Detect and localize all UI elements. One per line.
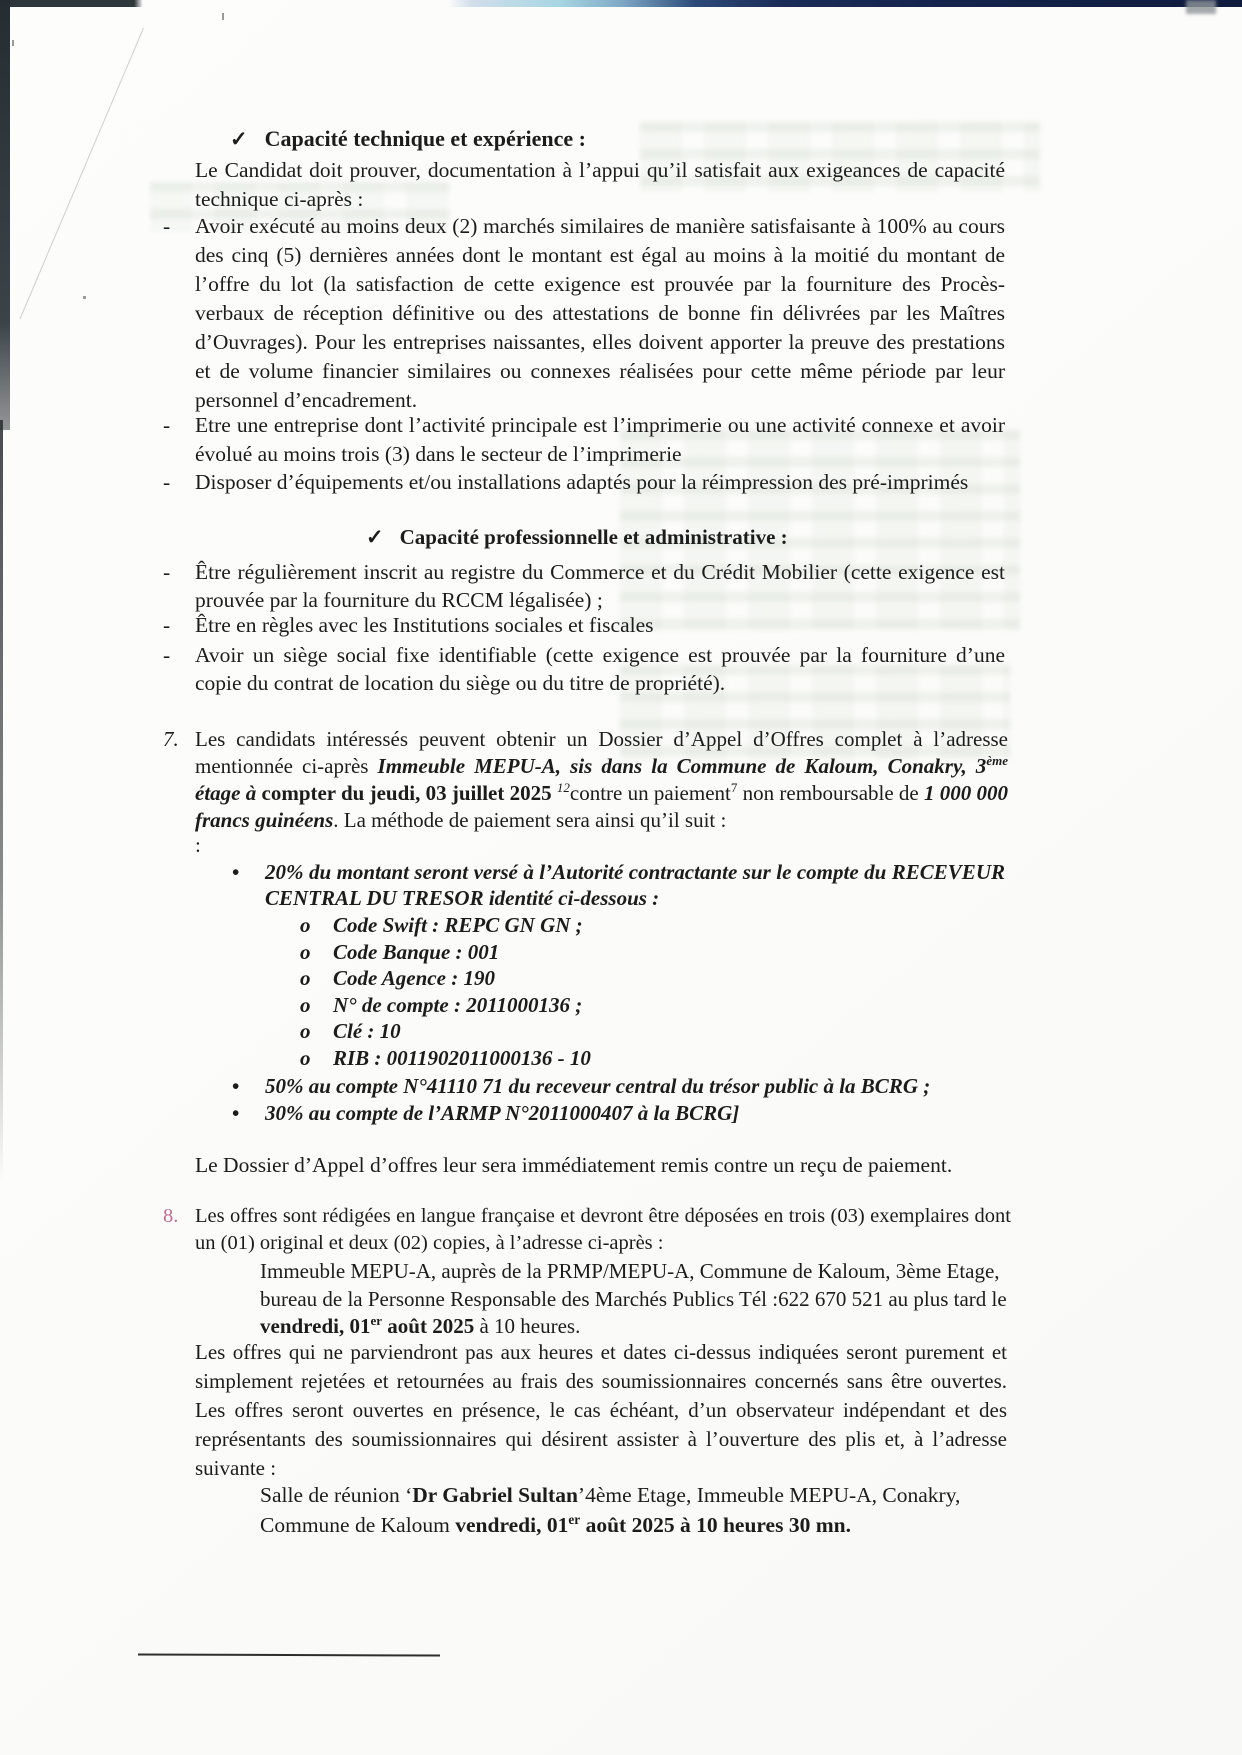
bank-detail-row: oCode Swift : REPC GN GN ; [300,912,1005,939]
stray-colon-text: : [195,833,201,857]
bank-detail-rib: RIB : 0011902011000136 - 10 [333,1045,591,1072]
admin-item-3: - Avoir un siège social fixe identifiabl… [163,641,1005,697]
payment-bullet-2-text: 50% au compte N°41110 71 du receveur cen… [265,1073,1005,1099]
circle-bullet-icon: o [300,992,333,1019]
receipt-paragraph: Le Dossier d’Appel d’offres leur sera im… [195,1151,1005,1180]
payment-bullet-3: • 30% au compte de l’ARMP N°2011000407 à… [232,1100,1005,1126]
page-fold-edge [20,28,144,319]
late-offers-paragraph: Les offres qui ne parviendront pas aux h… [195,1338,1007,1483]
checkmark-icon: ✓ [230,127,248,152]
heading-capacite-technique: ✓ Capacité technique et expérience : [230,126,586,152]
scan-speck [222,13,224,20]
admin-item-1: - Être régulièrement inscrit au registre… [163,558,1005,614]
receipt-paragraph-text: Le Dossier d’Appel d’offres leur sera im… [195,1153,952,1177]
item-7-paragraph: Les candidats intéressés peuvent obtenir… [195,726,1008,834]
venue-room-name-bold: Dr Gabriel Sultan [412,1483,578,1507]
payment-bullet-1: • 20% du montant seront versé à l’Autori… [232,859,1005,911]
tech-item-2: - Etre une entreprise dont l’activité pr… [163,411,1005,469]
admin-item-2-text: Être en règles avec les Institutions soc… [195,611,1005,639]
item-7-footnote-ref: 12 [557,780,570,795]
scan-top-right-smudge [1186,0,1216,14]
bullet-icon: • [232,859,265,885]
item-7-run-bold-italic: étage [195,781,246,805]
tech-item-2-text: Etre une entreprise dont l’activité prin… [195,411,1005,469]
deadline-date-bold: août 2025 [382,1314,474,1338]
admin-item-1-text: Être régulièrement inscrit au registre d… [195,558,1005,614]
dash-bullet: - [163,212,195,241]
item-8-number: 8. [163,1203,195,1230]
scan-speck [12,40,14,46]
payment-bullet-3-text: 30% au compte de l’ARMP N°2011000407 à l… [265,1100,1005,1126]
opening-date-bold: août 2025 à 10 heures 30 mn. [580,1513,851,1537]
dash-bullet: - [163,641,195,669]
dash-bullet: - [163,611,195,639]
circle-bullet-icon: o [300,912,333,939]
venue-run: Salle de réunion ‘ [260,1483,412,1507]
bullet-icon: • [232,1100,265,1126]
dash-bullet: - [163,468,195,497]
circle-bullet-icon: o [300,1018,333,1045]
tech-item-1-text: Avoir exécuté au moins deux (2) marchés … [195,212,1005,415]
intro-paragraph-text: Le Candidat doit prouver, documentation … [195,158,1005,211]
heading-capacite-professionnelle: ✓ Capacité professionnelle et administra… [366,525,788,550]
tech-item-1: - Avoir exécuté au moins deux (2) marché… [163,212,1005,415]
bullet-icon: • [232,1073,265,1099]
address-run: Immeuble MEPU-A, auprès de la PRMP/MEPU-… [260,1259,1007,1311]
scan-speck [83,296,86,299]
bank-detail-banque: Code Banque : 001 [333,939,499,966]
address-run: à 10 heures. [474,1314,580,1338]
numbered-item-8: 8. Les offres sont rédigées en langue fr… [163,1203,1011,1256]
item-7-number: 7. [163,726,195,753]
checkmark-icon: ✓ [366,525,384,550]
tech-item-3-text: Disposer d’équipements et/ou installatio… [195,468,1005,497]
bank-detail-compte: N° de compte : 2011000136 ; [333,992,582,1019]
scan-edge-left-line [0,420,3,1180]
item-8-intro-text: Les offres sont rédigées en langue franç… [195,1203,1011,1256]
bank-detail-row: oCode Agence : 190 [300,965,1005,992]
circle-bullet-icon: o [300,965,333,992]
payment-bullet-1-text: 20% du montant seront versé à l’Autorité… [265,859,1005,911]
item-7-superscript: ème [986,753,1008,768]
bank-detail-row: oRIB : 0011902011000136 - 10 [300,1045,1005,1072]
bank-detail-row: oN° de compte : 2011000136 ; [300,992,1005,1019]
numbered-item-7: 7. Les candidats intéressés peuvent obte… [163,726,1008,834]
bank-detail-row: oCode Banque : 001 [300,939,1005,966]
submission-address-block: Immeuble MEPU-A, auprès de la PRMP/MEPU-… [260,1258,1008,1341]
scanned-document-page: ✓ Capacité technique et expérience : Le … [0,0,1242,1755]
late-offers-paragraph-text: Les offres qui ne parviendront pas aux h… [195,1340,1007,1480]
tech-item-3: - Disposer d’équipements et/ou installat… [163,468,1005,497]
scan-edge-top-bar [0,0,1242,7]
deadline-date-bold: vendredi, 01 [260,1314,370,1338]
circle-bullet-icon: o [300,1045,333,1072]
dash-bullet: - [163,558,195,586]
opening-venue-block: Salle de réunion ‘Dr Gabriel Sultan’4ème… [260,1481,1022,1540]
footnote-divider-line [138,1653,440,1656]
item-7-date-bold: compter du jeudi, 03 juillet 2025 [262,781,557,805]
admin-item-2: - Être en règles avec les Institutions s… [163,611,1005,639]
bank-detail-swift: Code Swift : REPC GN GN ; [333,912,583,939]
bank-detail-cle: Clé : 10 [333,1018,401,1045]
deadline-date-superscript: er [370,1313,382,1328]
heading-capacite-professionnelle-label: Capacité professionnelle et administrati… [400,525,788,550]
bank-detail-row: oClé : 10 [300,1018,1005,1045]
item-7-run-bold-italic: à [246,781,262,805]
item-7-run: non remboursable de [737,781,924,805]
opening-date-bold: vendredi, 01 [455,1513,568,1537]
item-7-run: contre un paiement [570,781,731,805]
item-7-run-bold-italic: Immeuble MEPU-A, sis dans la Commune de … [378,754,987,778]
heading-capacite-technique-label: Capacité technique et expérience : [265,126,586,152]
scan-edge-left-strip [0,0,10,430]
item-7-run: . La méthode de paiement sera ainsi qu’i… [333,808,726,832]
stray-colon: : [195,832,201,859]
intro-paragraph: Le Candidat doit prouver, documentation … [195,156,1005,214]
bank-detail-agence: Code Agence : 190 [333,965,495,992]
circle-bullet-icon: o [300,939,333,966]
bank-details-list: oCode Swift : REPC GN GN ; oCode Banque … [300,912,1005,1071]
payment-bullet-2: • 50% au compte N°41110 71 du receveur c… [232,1073,1005,1099]
dash-bullet: - [163,411,195,440]
opening-date-superscript: er [568,1511,580,1526]
admin-item-3-text: Avoir un siège social fixe identifiable … [195,641,1005,697]
